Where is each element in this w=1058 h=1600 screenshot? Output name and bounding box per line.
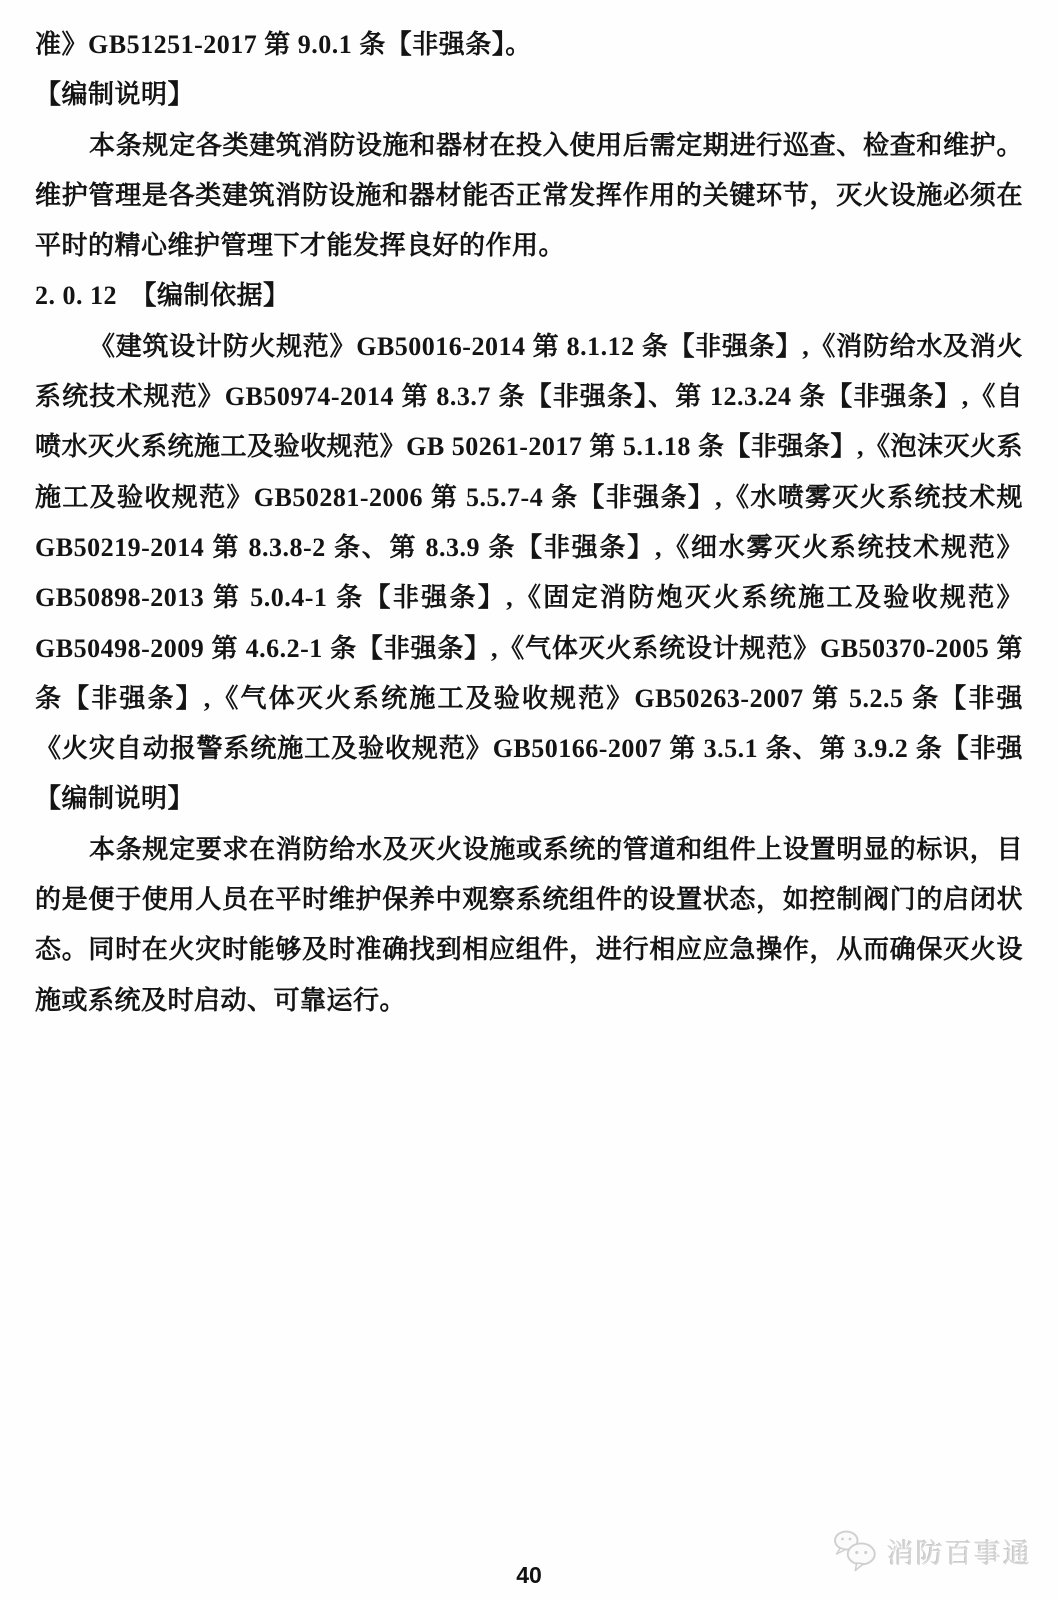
text-line: 的是便于使用人员在平时维护保养中观察系统组件的设置状态，如控制阀门的启闭状 (35, 875, 1023, 925)
text-line: 本条规定各类建筑消防设施和器材在投入使用后需定期进行巡查、检查和维护。 (35, 121, 1023, 171)
text-line: 施或系统及时启动、可靠运行。 (35, 976, 1023, 1026)
text-line: 本条规定要求在消防给水及灭火设施或系统的管道和组件上设置明显的标识，目 (35, 825, 1023, 875)
text-line: 【编制说明】 (35, 774, 1023, 824)
text-line: GB50498-2009 第 4.6.2-1 条【非强条】,《气体灭火系统设计规… (35, 624, 1023, 674)
text-line: GB50219-2014 第 8.3.8-2 条、第 8.3.9 条【非强条】,… (35, 523, 1023, 573)
watermark: 消防百事通 (832, 1529, 1032, 1573)
text-line: 维护管理是各类建筑消防设施和器材能否正常发挥作用的关键环节，灭火设施必须在 (35, 171, 1023, 221)
text-line: 喷水灭火系统施工及验收规范》GB 50261-2017 第 5.1.18 条【非… (35, 422, 1023, 472)
text-line: 态。同时在火灾时能够及时准确找到相应组件，进行相应应急操作，从而确保灭火设 (35, 925, 1023, 975)
document-page: 准》GB51251-2017 第 9.0.1 条【非强条】。【编制说明】本条规定… (0, 0, 1058, 1600)
text-line: 【编制说明】 (35, 70, 1023, 120)
text-line: 准》GB51251-2017 第 9.0.1 条【非强条】。 (35, 20, 1023, 70)
text-line: 系统技术规范》GB50974-2014 第 8.3.7 条【非强条】、第 12.… (35, 372, 1023, 422)
text-line: 2. 0. 12 【编制依据】 (35, 271, 1023, 321)
text-line: 《火灾自动报警系统施工及验收规范》GB50166-2007 第 3.5.1 条、… (35, 724, 1023, 774)
watermark-text: 消防百事通 (887, 1532, 1032, 1571)
text-line: GB50898-2013 第 5.0.4-1 条【非强条】,《固定消防炮灭火系统… (35, 573, 1023, 623)
text-line: 平时的精心维护管理下才能发挥良好的作用。 (35, 221, 1023, 271)
text-line: 《建筑设计防火规范》GB50016-2014 第 8.1.12 条【非强条】,《… (35, 322, 1023, 372)
document-body: 准》GB51251-2017 第 9.0.1 条【非强条】。【编制说明】本条规定… (35, 20, 1023, 1026)
text-line: 施工及验收规范》GB50281-2006 第 5.5.7-4 条【非强条】,《水… (35, 473, 1023, 523)
text-line: 条【非强条】,《气体灭火系统施工及验收规范》GB50263-2007 第 5.2… (35, 674, 1023, 724)
wechat-speech-bubbles-icon (832, 1529, 880, 1573)
